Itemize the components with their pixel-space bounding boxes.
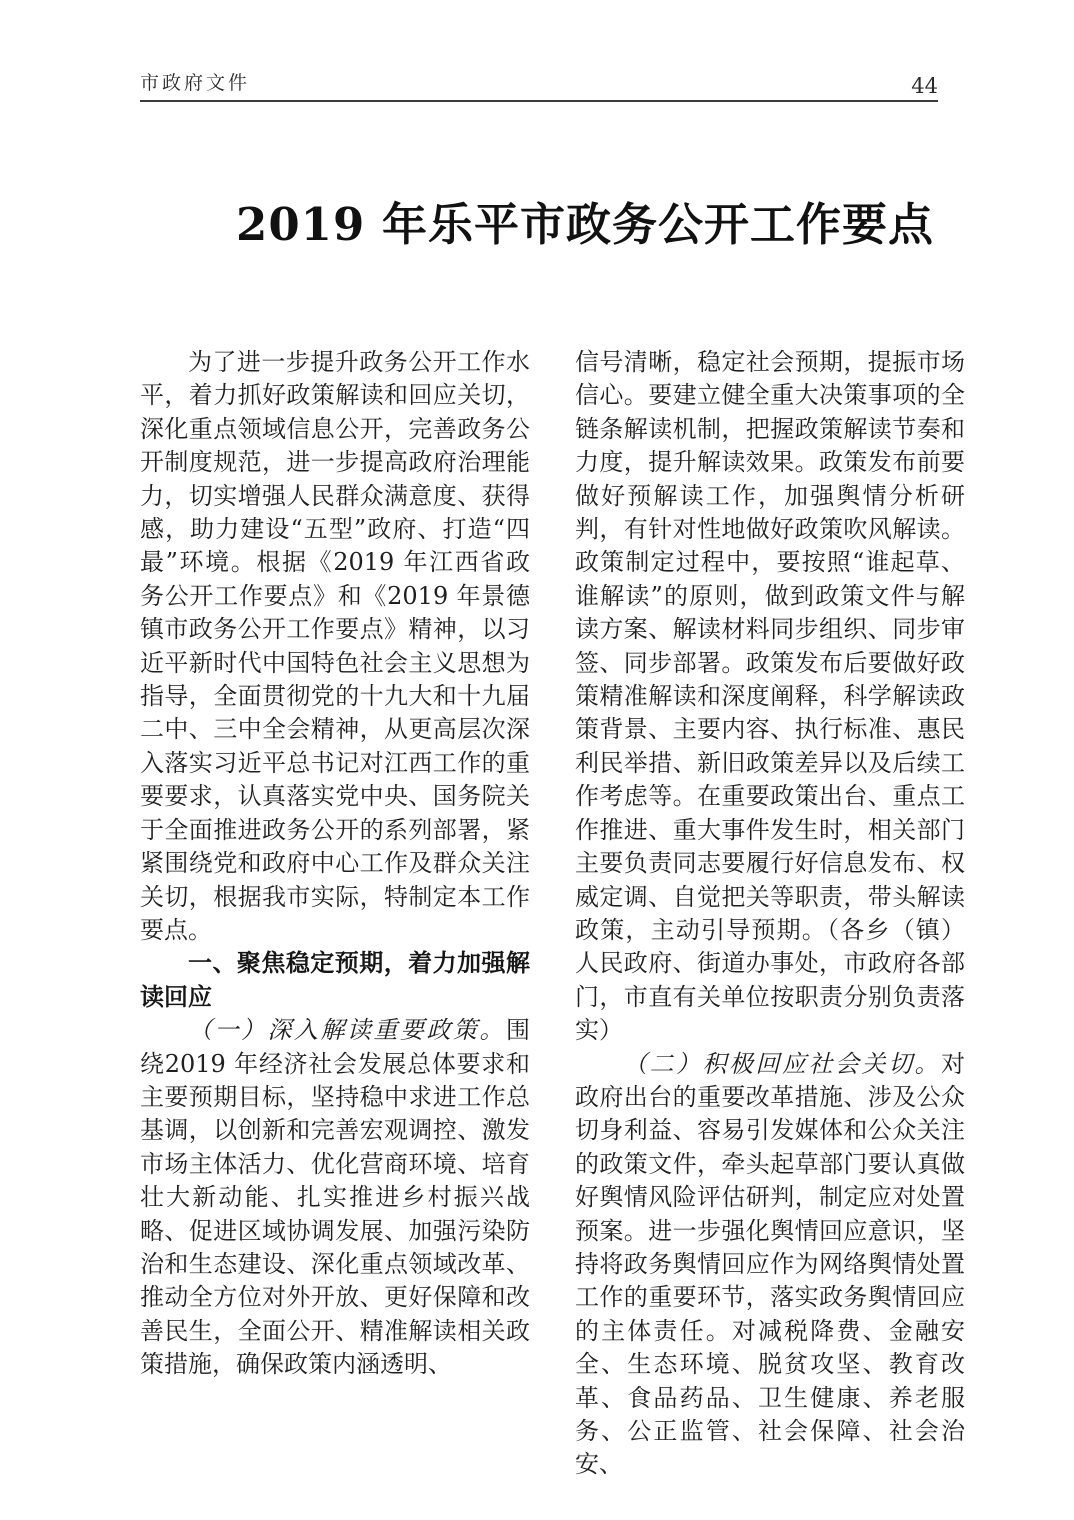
body-paragraph: （二）积极回应社会关切。对政府出台的重要改革措施、涉及公众切身利益、容易引发媒体… <box>575 1048 965 1482</box>
body-paragraph: 信号清晰，稳定社会预期，提振市场信心。要建立健全重大决策事项的全链条解读机制，把… <box>575 346 965 1048</box>
document-body: 为了进一步提升政务公开工作水平，着力抓好政策解读和回应关切，深化重点领域信息公开… <box>140 346 965 1482</box>
running-header: 市政府文件 44 <box>140 68 938 102</box>
section-heading: 一、聚焦稳定预期，着力加强解读回应 <box>140 947 530 1014</box>
body-paragraph: 为了进一步提升政务公开工作水平，着力抓好政策解读和回应关切，深化重点领域信息公开… <box>140 346 530 947</box>
right-column: 信号清晰，稳定社会预期，提振市场信心。要建立健全重大决策事项的全链条解读机制，把… <box>575 346 965 1482</box>
body-paragraph: （一）深入解读重要政策。围绕2019 年经济社会发展总体要求和主要预期目标，坚持… <box>140 1014 530 1381</box>
document-title: 2019 年乐平市政务公开工作要点 <box>160 188 1010 253</box>
header-page-number: 44 <box>911 74 938 98</box>
paragraph-lead: （二）积极回应社会关切。 <box>623 1050 941 1078</box>
header-doc-type: 市政府文件 <box>140 68 250 95</box>
document-page: 市政府文件 44 2019 年乐平市政务公开工作要点 为了进一步提升政务公开工作… <box>0 0 1074 1520</box>
paragraph-lead: （一）深入解读重要政策。 <box>188 1016 506 1044</box>
left-column: 为了进一步提升政务公开工作水平，着力抓好政策解读和回应关切，深化重点领域信息公开… <box>140 346 530 1482</box>
